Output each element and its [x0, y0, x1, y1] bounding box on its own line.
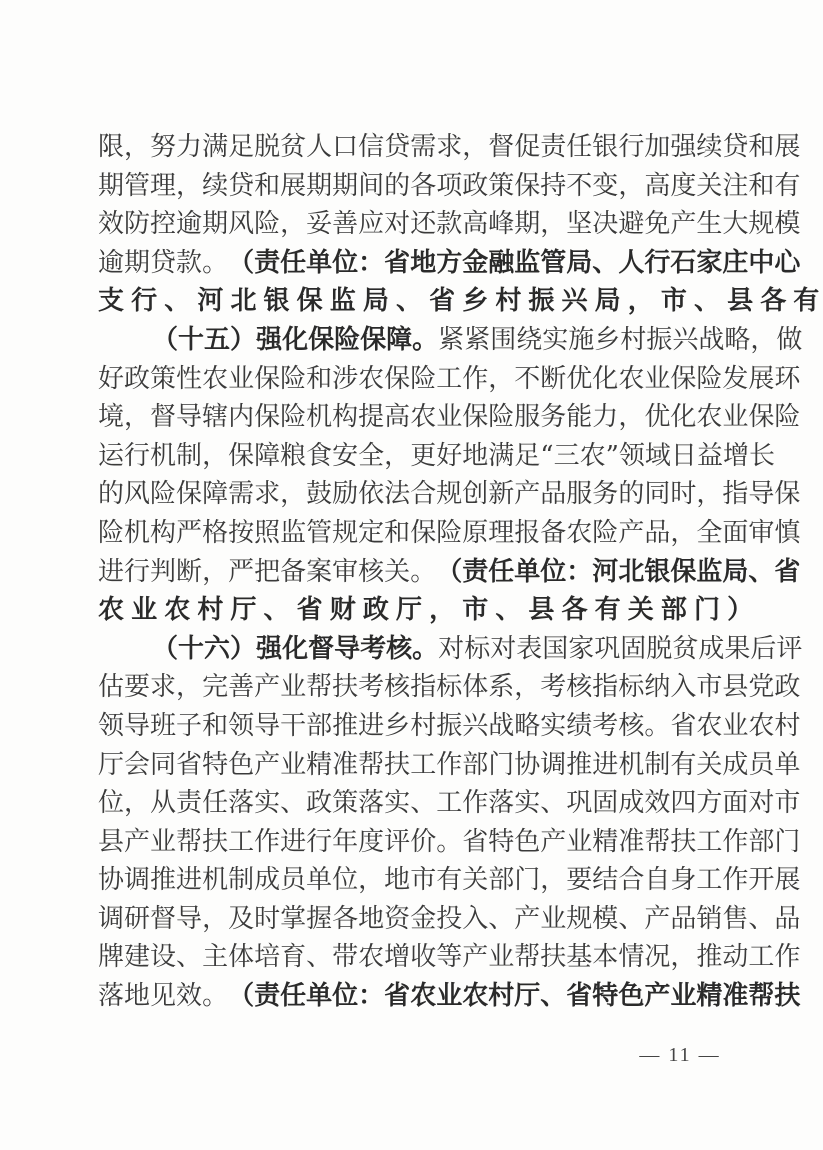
text-char: 需 [228, 475, 254, 514]
bold-text-char: 石 [670, 244, 696, 283]
text-char: 农 [202, 360, 228, 399]
text-char: 作 [722, 823, 748, 862]
bold-text-char: 导 [334, 630, 360, 669]
text-char: 全 [358, 437, 384, 476]
text-char: 款 [436, 205, 462, 244]
bold-text-char: 局 [595, 282, 621, 321]
text-char: 农 [566, 514, 592, 553]
text-char: 督 [150, 900, 176, 939]
text-char: 产 [540, 823, 566, 862]
text-char: 进 [176, 861, 202, 900]
text-char: 扶 [202, 823, 228, 862]
text-char: 足 [514, 437, 540, 476]
text-char: 保 [670, 360, 696, 399]
text-char: 续 [696, 128, 722, 167]
text-char: 风 [124, 475, 150, 514]
bold-text-char: ， [628, 282, 654, 321]
bold-text-char: 各 [760, 282, 786, 321]
text-char: 要 [566, 861, 592, 900]
text-line: 县产业帮扶工作进行年度评价。省特色产业精准帮扶工作部门 [98, 823, 706, 862]
bold-text-char: 县 [727, 282, 753, 321]
bold-text-char: 业 [131, 591, 157, 630]
text-char: 兴 [672, 321, 698, 360]
text-char: 产 [514, 475, 540, 514]
bold-text-char: 单 [306, 244, 332, 283]
text-char: 制 [176, 437, 202, 476]
text-char: 色 [228, 746, 254, 785]
text-char: 行 [618, 128, 644, 167]
bold-text-char: 兴 [562, 282, 588, 321]
text-char: 工 [410, 746, 436, 785]
text-char: 等 [436, 938, 462, 977]
bold-text-char: ： [358, 244, 384, 283]
bold-text-char: 、 [748, 553, 774, 592]
text-char: 化 [670, 398, 696, 437]
text-char: 帮 [306, 668, 332, 707]
text-char: 银 [592, 128, 618, 167]
text-char: 果 [724, 630, 750, 669]
bold-text-char: 色 [618, 977, 644, 1016]
bold-text-char: 督 [308, 630, 334, 669]
text-char: 模 [592, 900, 618, 939]
text-char: 备 [540, 514, 566, 553]
text-char: 口 [332, 128, 358, 167]
text-char: 化 [592, 360, 618, 399]
bold-text-char: 村 [488, 977, 514, 1016]
bold-text-char: 厅 [230, 591, 256, 630]
text-char: 足 [228, 128, 254, 167]
text-char: 作 [436, 746, 462, 785]
text-char: 价 [410, 823, 436, 862]
text-char: 关 [696, 746, 722, 785]
text-char: 涉 [332, 360, 358, 399]
text-char: 开 [748, 861, 774, 900]
text-char: 品 [644, 514, 670, 553]
text-char: 色 [514, 823, 540, 862]
text-char: 核 [384, 668, 410, 707]
bold-text-char: ： [358, 977, 384, 1016]
bold-text-char: 保 [308, 321, 334, 360]
text-char: 审 [332, 553, 358, 592]
text-char: 格 [202, 514, 228, 553]
text-char: ， [124, 398, 150, 437]
text-char: 服 [566, 475, 592, 514]
text-char: 对 [748, 784, 774, 823]
bold-text-char: 特 [592, 977, 618, 1016]
text-char: 部 [488, 861, 514, 900]
text-char: 导 [176, 900, 202, 939]
text-char: 峰 [488, 205, 514, 244]
text-char: 工 [228, 823, 254, 862]
bold-text-char: 监 [330, 282, 356, 321]
bold-text-char: 农 [410, 977, 436, 1016]
text-char: 推 [332, 707, 358, 746]
bold-text-char: 关 [628, 591, 654, 630]
text-char: 实 [540, 707, 566, 746]
text-char: 食 [306, 437, 332, 476]
text-char: 战 [488, 707, 514, 746]
text-char: 面 [722, 784, 748, 823]
bold-text-char: 方 [436, 244, 462, 283]
bold-text-char: 行 [644, 244, 670, 283]
text-char: 、 [488, 900, 514, 939]
text-char: 高 [462, 205, 488, 244]
text-char: 、 [618, 900, 644, 939]
text-char: 人 [306, 128, 332, 167]
bold-text-char: 省 [297, 591, 323, 630]
text-char: 机 [150, 437, 176, 476]
text-char: 工 [436, 360, 462, 399]
text-char: 险 [280, 360, 306, 399]
text-char: 判 [150, 553, 176, 592]
text-char: 原 [462, 514, 488, 553]
bold-text-char: 金 [462, 244, 488, 283]
bold-text-char: 银 [264, 282, 290, 321]
text-char: 后 [750, 630, 776, 669]
text-char: ， [202, 437, 228, 476]
text-char: 款 [176, 244, 202, 283]
text-char: 。 [436, 823, 462, 862]
bold-text-char: （ [436, 553, 462, 592]
text-char: 产 [618, 514, 644, 553]
text-char: ， [750, 321, 776, 360]
text-char: 风 [228, 205, 254, 244]
text-char: 固 [592, 784, 618, 823]
bold-text-char: 精 [696, 977, 722, 1016]
text-char: 障 [202, 475, 228, 514]
text-char: 。 [644, 707, 670, 746]
text-char: 投 [436, 900, 462, 939]
text-char: 本 [592, 938, 618, 977]
text-char: 和 [384, 514, 410, 553]
text-char: 督 [488, 128, 514, 167]
text-char: 期 [98, 167, 124, 206]
bold-text-char: 乡 [462, 282, 488, 321]
bold-text-char: 、 [694, 282, 720, 321]
bold-text-char: 振 [528, 282, 554, 321]
bold-text-char: 强 [256, 630, 282, 669]
text-char: 标 [618, 668, 644, 707]
text-char: 力 [592, 398, 618, 437]
text-char: 领 [98, 707, 124, 746]
text-char: 评 [776, 630, 802, 669]
text-char: 金 [410, 900, 436, 939]
text-char: 农 [358, 938, 384, 977]
text-line: 协调推进机制成员单位，地市有关部门，要结合自身工作开展 [98, 861, 706, 900]
text-line: 的风险保障需求，鼓励依法合规创新产品服务的同时，指导保 [98, 475, 706, 514]
text-char: 帮 [358, 746, 384, 785]
text-char: 农 [696, 398, 722, 437]
text-char: ， [384, 437, 410, 476]
bold-text-char: 核 [386, 630, 412, 669]
text-char: 工 [696, 823, 722, 862]
text-char: 省 [670, 707, 696, 746]
text-char: 保 [774, 475, 800, 514]
text-char: 把 [254, 553, 280, 592]
text-char: 保 [384, 360, 410, 399]
text-char: 作 [774, 938, 800, 977]
text-char: 指 [722, 475, 748, 514]
text-char: 品 [670, 900, 696, 939]
text-char: 合 [410, 475, 436, 514]
text-char: 振 [646, 321, 672, 360]
bold-text-char: 管 [540, 244, 566, 283]
text-char: 成 [698, 630, 724, 669]
text-char: 善 [332, 205, 358, 244]
text-char: 求 [436, 128, 462, 167]
text-char: 农 [748, 707, 774, 746]
bold-text-char: 支 [98, 282, 124, 321]
text-char: 构 [332, 398, 358, 437]
text-char: 贷 [228, 167, 254, 206]
text-char: 村 [410, 707, 436, 746]
text-char: 班 [150, 707, 176, 746]
text-char: 紧 [438, 321, 464, 360]
text-char: 略 [724, 321, 750, 360]
text-char: 四 [670, 784, 696, 823]
text-char: 、 [748, 900, 774, 939]
bold-text-char: 人 [618, 244, 644, 283]
bold-text-char: 十 [178, 321, 204, 360]
text-char: ， [202, 900, 228, 939]
text-char: 展 [748, 360, 774, 399]
text-char: 扶 [332, 668, 358, 707]
text-char: 标 [464, 630, 490, 669]
text-char: 保 [254, 360, 280, 399]
text-char: 域 [645, 437, 671, 476]
bold-text-char: 有 [793, 282, 819, 321]
text-char: 行 [124, 437, 150, 476]
text-line: 调研督导，及时掌握各地资金投入、产业规模、产品销售、品 [98, 900, 706, 939]
text-char: 指 [410, 668, 436, 707]
text-char: 销 [696, 900, 722, 939]
bold-text-char: 化 [282, 630, 308, 669]
text-line: 运行机制，保障粮食安全，更好地满足“三农”领域日益增长 [98, 437, 706, 476]
bold-text-char: 监 [514, 244, 540, 283]
text-char: 产 [670, 205, 696, 244]
text-char: 鼓 [306, 475, 332, 514]
text-char: 业 [150, 823, 176, 862]
text-char: 落 [358, 784, 384, 823]
bold-text-char: 监 [696, 553, 722, 592]
text-char: 间 [358, 167, 384, 206]
bold-text-char: 厅 [514, 977, 540, 1016]
text-char: 任 [202, 784, 228, 823]
text-char: 展 [774, 861, 800, 900]
text-char: 慎 [774, 514, 800, 553]
text-char: ， [488, 360, 514, 399]
text-char: ， [124, 128, 150, 167]
text-char: 扶 [540, 938, 566, 977]
text-char: 构 [150, 514, 176, 553]
text-char: 品 [774, 900, 800, 939]
text-char: 不 [566, 167, 592, 206]
text-char: 身 [670, 861, 696, 900]
text-char: 推 [696, 938, 722, 977]
text-char: 巩 [566, 784, 592, 823]
text-char: 主 [202, 938, 228, 977]
text-char: 机 [306, 398, 332, 437]
text-char: 研 [124, 900, 150, 939]
bold-text-char: ） [230, 321, 256, 360]
text-char: 服 [514, 398, 540, 437]
text-char: 调 [124, 861, 150, 900]
text-char: 机 [202, 861, 228, 900]
document-body: 限，努力满足脱贫人口信贷需求，督促责任银行加强续贷和展期管理，续贷和展期期间的各… [98, 128, 706, 1016]
bold-text-char: 保 [670, 553, 696, 592]
bold-text-char: 庄 [722, 244, 748, 283]
text-char: 面 [722, 514, 748, 553]
text-char: 理 [488, 514, 514, 553]
text-char: 导 [254, 707, 280, 746]
text-char: 管 [124, 167, 150, 206]
bold-text-char: 省 [774, 553, 800, 592]
bold-text-char: 位 [332, 244, 358, 283]
text-char: 围 [490, 321, 516, 360]
text-char: 干 [280, 707, 306, 746]
text-char: 成 [618, 784, 644, 823]
bold-text-char: 、 [164, 282, 190, 321]
text-char: 严 [176, 514, 202, 553]
text-char: 限 [98, 128, 124, 167]
text-char: 的 [618, 475, 644, 514]
text-char: 还 [410, 205, 436, 244]
text-char: 领 [228, 707, 254, 746]
text-char: 机 [124, 514, 150, 553]
text-char: 规 [748, 205, 774, 244]
text-char: 策 [332, 784, 358, 823]
text-char: 促 [514, 128, 540, 167]
text-char: 握 [306, 900, 332, 939]
text-char: 需 [410, 128, 436, 167]
text-char: 效 [176, 977, 202, 1016]
text-char: 成 [254, 861, 280, 900]
text-char: ， [514, 668, 540, 707]
text-char: 贷 [150, 244, 176, 283]
bold-text-char: 考 [360, 630, 386, 669]
text-char: 导 [124, 707, 150, 746]
text-char: 效 [644, 784, 670, 823]
text-char: ， [124, 784, 150, 823]
text-char: 县 [98, 823, 124, 862]
text-char: 业 [722, 707, 748, 746]
text-char: 子 [176, 707, 202, 746]
text-char: 进 [280, 823, 306, 862]
text-char: 不 [514, 360, 540, 399]
text-char: 巩 [594, 630, 620, 669]
text-char: 员 [748, 746, 774, 785]
text-char: 险 [436, 514, 462, 553]
text-char: 业 [436, 398, 462, 437]
text-char: ， [696, 475, 722, 514]
text-char: 紧 [464, 321, 490, 360]
text-char: 强 [670, 128, 696, 167]
text-char: 求 [254, 475, 280, 514]
text-char: 保 [176, 475, 202, 514]
text-char: 表 [516, 630, 542, 669]
text-char: 地 [124, 977, 150, 1016]
text-char: 保 [410, 514, 436, 553]
text-char: 险 [98, 514, 124, 553]
text-line: 好政策性农业保险和涉农保险工作，不断优化农业保险发展环 [98, 360, 706, 399]
text-char: 业 [566, 823, 592, 862]
text-line: 进行判断，严把备案审核关。（责任单位：河北银保监局、省 [98, 553, 706, 592]
bold-text-char: 、 [540, 977, 566, 1016]
text-char: 绩 [566, 707, 592, 746]
text-char: 时 [254, 900, 280, 939]
bold-text-char: 河 [197, 282, 223, 321]
bold-text-char: 厅 [396, 591, 422, 630]
bold-text-char: 产 [644, 977, 670, 1016]
text-line: 牌建设、主体培育、带农增收等产业帮扶基本情况，推动工作 [98, 938, 706, 977]
text-char: 妥 [306, 205, 332, 244]
text-char: 业 [280, 668, 306, 707]
text-char: 门 [514, 861, 540, 900]
text-char: 日 [671, 437, 697, 476]
bold-text-char: 银 [644, 553, 670, 592]
text-char: 境 [98, 398, 124, 437]
bold-text-char: 门 [694, 591, 720, 630]
text-char: 依 [358, 475, 384, 514]
text-char: 照 [254, 514, 280, 553]
text-char: 期 [332, 167, 358, 206]
text-char: 力 [176, 128, 202, 167]
text-char: 进 [592, 746, 618, 785]
text-char: 策 [488, 167, 514, 206]
text-char: 调 [540, 746, 566, 785]
text-char: 领 [619, 437, 645, 476]
text-char: 行 [124, 553, 150, 592]
text-char: 期 [306, 167, 332, 206]
text-char: 性 [176, 360, 202, 399]
text-char: ， [670, 514, 696, 553]
text-char: 。 [202, 244, 228, 283]
text-char: 产 [254, 668, 280, 707]
text-char: 党 [748, 668, 774, 707]
bold-text-char: 保 [360, 321, 386, 360]
text-char: 防 [124, 205, 150, 244]
text-char: 、 [306, 938, 332, 977]
text-line: 逾期贷款。（责任单位：省地方金融监管局、人行石家庄中心 [98, 244, 706, 283]
text-char: 规 [332, 514, 358, 553]
text-char: 险 [774, 398, 800, 437]
bold-text-char: 河 [592, 553, 618, 592]
text-char: 优 [644, 398, 670, 437]
text-char: 、 [410, 784, 436, 823]
text-char: 脱 [646, 630, 672, 669]
text-char: 兴 [462, 707, 488, 746]
text-char: 加 [644, 128, 670, 167]
text-char: 结 [592, 861, 618, 900]
text-line: （十五）强化保险保障。紧紧围绕实施乡村振兴战略，做 [98, 321, 706, 360]
text-char: 从 [150, 784, 176, 823]
text-char: 帮 [176, 823, 202, 862]
text-char: 市 [696, 668, 722, 707]
bold-text-char: 任 [280, 977, 306, 1016]
text-char: 保 [514, 167, 540, 206]
text-char: 门 [774, 823, 800, 862]
text-char: ” [606, 437, 619, 476]
text-char: 建 [124, 938, 150, 977]
text-char: 期 [202, 205, 228, 244]
text-char: ， [540, 861, 566, 900]
text-char: 险 [696, 360, 722, 399]
text-char: 况 [644, 938, 670, 977]
text-char: 生 [696, 205, 722, 244]
text-line: 支行、河北银保监局、省乡村振兴局，市、县各有关部门） [98, 282, 706, 321]
bold-text-char: 帮 [748, 977, 774, 1016]
text-char: 益 [697, 437, 723, 476]
